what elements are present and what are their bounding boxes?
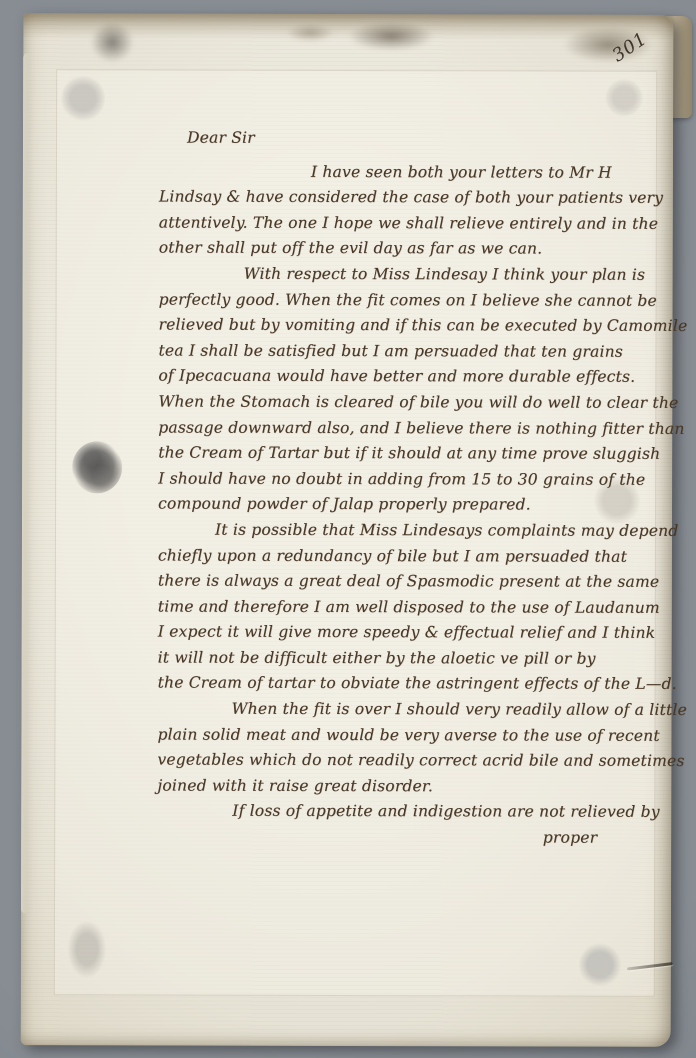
catchword: proper [157,825,659,852]
wafer-stain [61,75,105,121]
letter-line: chiefly upon a redundancy of bile but I … [158,543,660,570]
letter-line: It is possible that Miss Lindesays compl… [215,518,660,545]
letter-line: time and therefore I am well disposed to… [158,594,660,621]
letter-line: With respect to Miss Lindesay I think yo… [244,262,661,289]
burn-smudge [81,13,143,71]
letter-line: compound powder of Jalap properly prepar… [158,492,660,519]
letter-line: I expect it will give more speedy & effe… [158,620,660,647]
letter-line: When the Stomach is cleared of bile you … [158,389,660,416]
letter-line: joined with it raise great disorder. [157,773,659,800]
letter-line: vegetables which do not readily correct … [157,748,659,775]
burn-smudge [331,16,451,56]
wafer-stain [579,943,621,987]
letter-line: When the fit is over I should very readi… [231,697,659,724]
letter-line: other shall put off the evil day as far … [159,236,661,263]
scan-background: { "page": { "folio_number": "301", "colo… [0,0,696,1058]
manuscript-page: 301 Dear Sir I have seen both your lette… [21,13,674,1047]
burn-smudge [275,20,345,46]
letter-line: there is always a great deal of Spasmodi… [158,569,660,596]
letter-line: relieved but by vomiting and if this can… [159,313,661,340]
letter-line: of Ipecacuana would have better and more… [158,364,660,391]
letter-body: Dear Sir I have seen both your letters t… [157,126,661,852]
letter-line: it will not be difficult either by the a… [158,645,660,672]
letter-line: passage downward also, and I believe the… [158,415,660,442]
salutation: Dear Sir [187,126,661,153]
deckled-left-edge [21,53,32,913]
letter-lines: I have seen both your letters to Mr HLin… [157,159,661,826]
letter-line: the Cream of Tartar but if it should at … [158,441,660,468]
letter-line: attentively. The one I hope we shall rel… [159,210,661,237]
wafer-stain [61,921,113,991]
letter-line: Lindsay & have considered the case of bo… [159,185,661,212]
burn-smudge [543,19,673,71]
letter-line: I should have no doubt in adding from 15… [158,466,660,493]
letter-line: If loss of appetite and indigestion are … [232,799,659,826]
letter-line: plain solid meat and would be very avers… [157,722,659,749]
letter-line: perfectly good. When the fit comes on I … [159,287,661,314]
letter-line: tea I shall be satisfied but I am persua… [158,338,660,365]
wafer-stain [605,79,643,117]
letter-line: the Cream of tartar to obviate the astri… [158,671,660,698]
letter-line: I have seen both your letters to Mr H [311,159,661,186]
wafer-stain [72,441,122,493]
